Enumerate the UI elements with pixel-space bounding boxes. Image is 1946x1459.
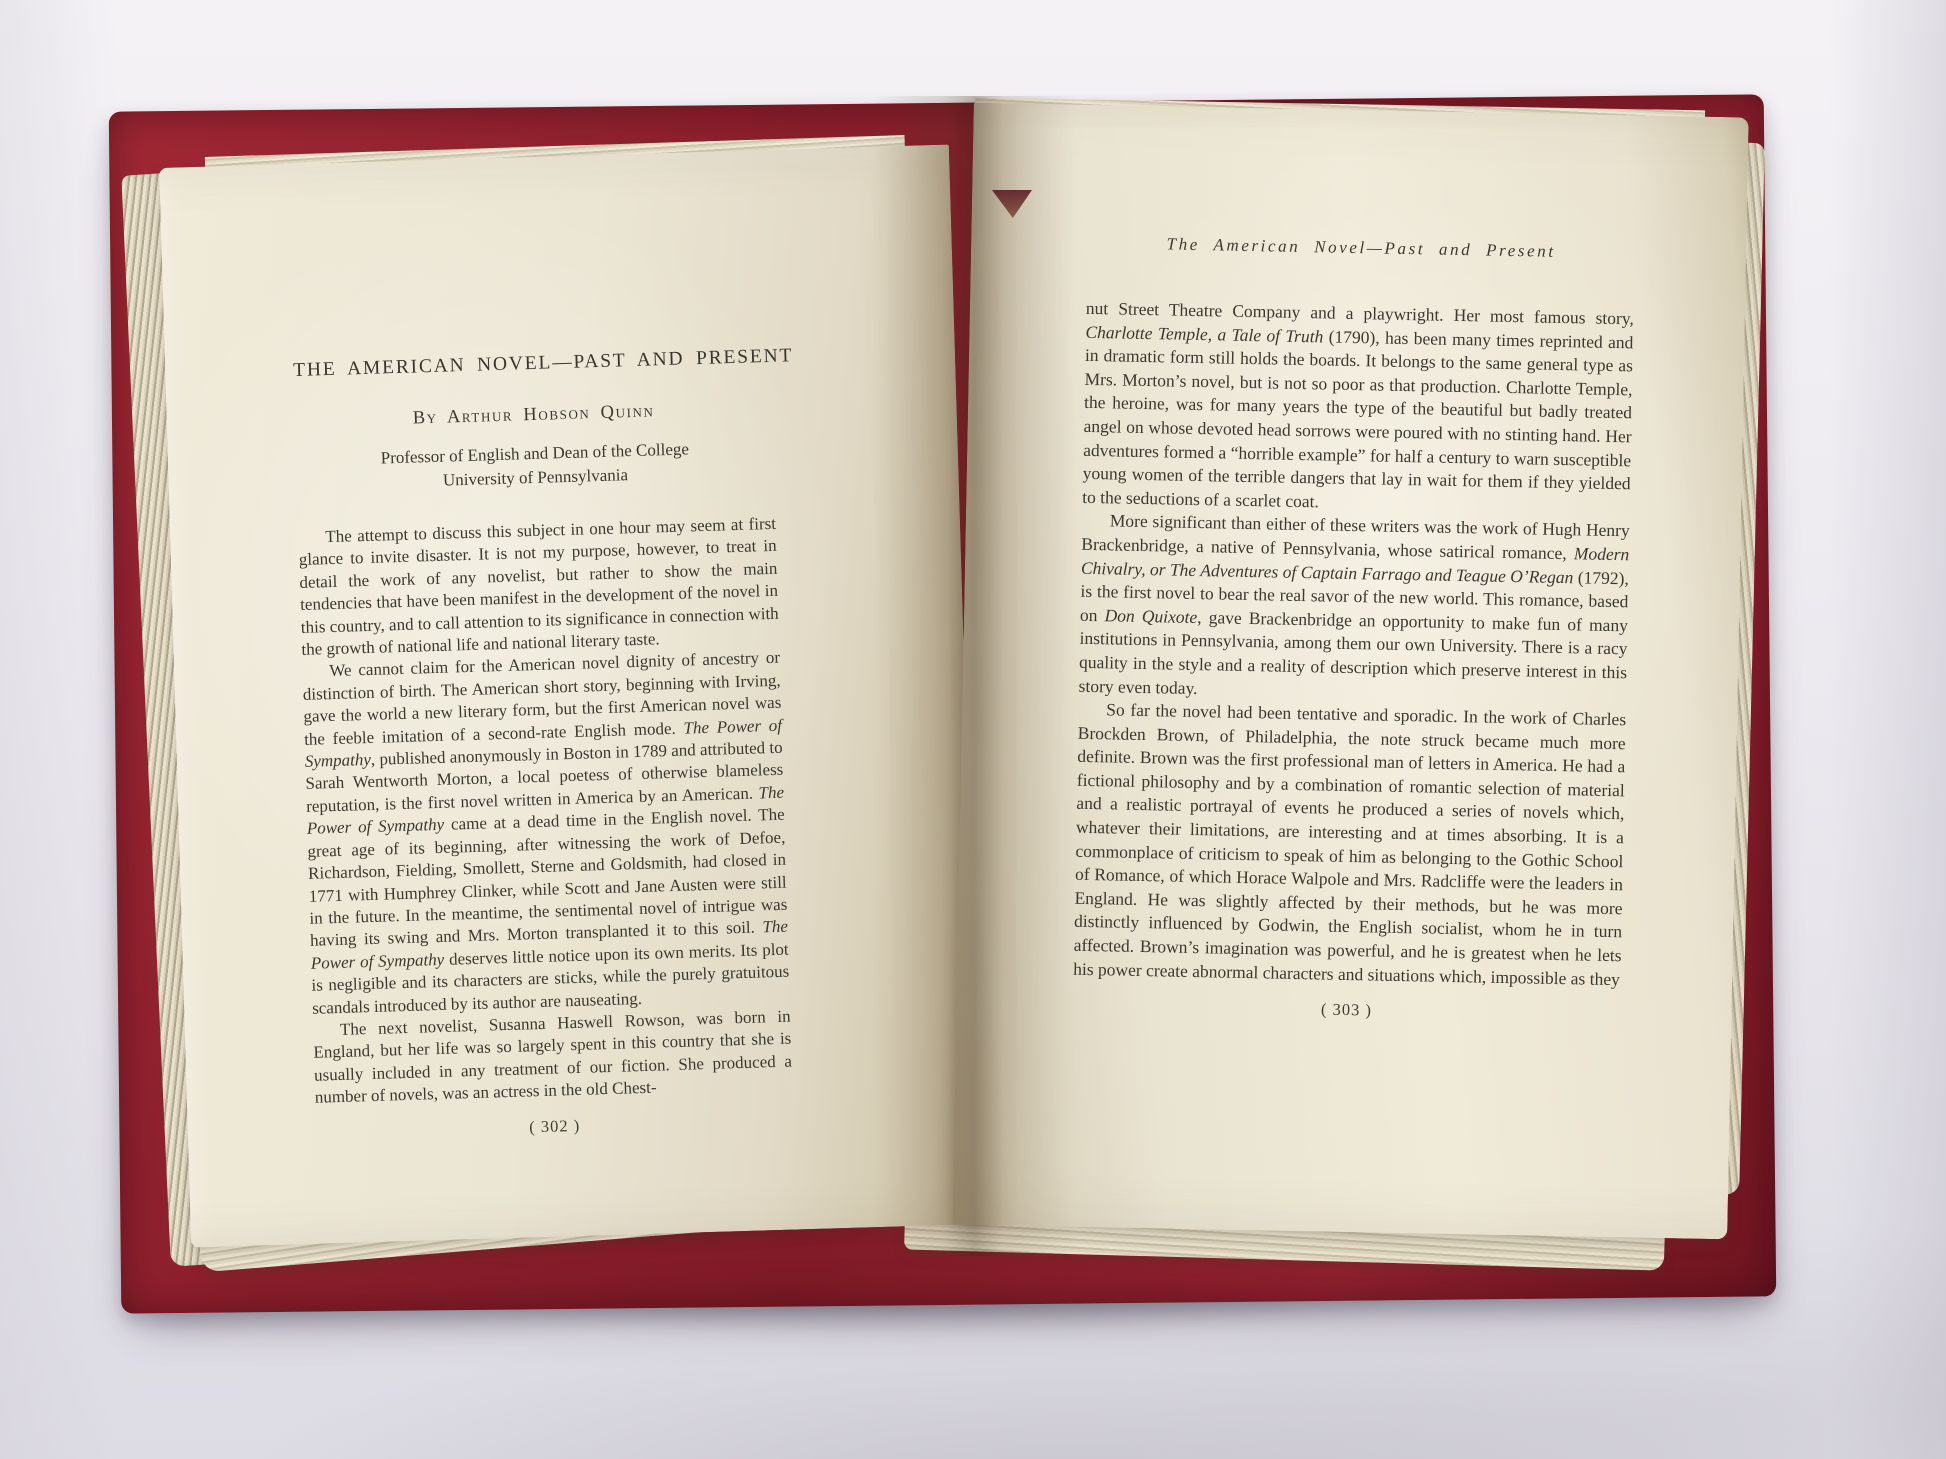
paragraph: More significant than either of these wr… [1078, 509, 1630, 708]
left-page-content: THE AMERICAN NOVEL—PAST AND PRESENT By A… [293, 346, 794, 1143]
paragraph: We cannot claim for the American novel d… [302, 647, 790, 1020]
paragraph: The next novelist, Susanna Haswell Rowso… [312, 1006, 792, 1110]
right-page-content: The American Novel—Past and Present nut … [1072, 233, 1635, 1026]
left-page-paragraphs: The attempt to discuss this subject in o… [298, 513, 793, 1109]
byline: By Arthur Hobson Quinn [294, 398, 772, 433]
right-page: The American Novel—Past and Present nut … [952, 103, 1748, 1240]
paragraph: The attempt to discuss this subject in o… [298, 513, 780, 662]
photo-background: THE AMERICAN NOVEL—PAST AND PRESENT By A… [0, 0, 1946, 1459]
paragraph: So far the novel had been tentative and … [1073, 698, 1626, 992]
article-title: THE AMERICAN NOVEL—PAST AND PRESENT [293, 346, 771, 382]
right-page-paragraphs: nut Street Theatre Company and a playwri… [1073, 297, 1634, 992]
running-head: The American Novel—Past and Present [1087, 233, 1635, 264]
affiliation: Professor of English and Dean of the Col… [296, 435, 775, 497]
paragraph: nut Street Theatre Company and a playwri… [1082, 297, 1634, 520]
page-number-right: ( 303 ) [1072, 995, 1620, 1026]
page-number-left: ( 302 ) [316, 1109, 794, 1143]
book: THE AMERICAN NOVEL—PAST AND PRESENT By A… [0, 0, 1946, 1459]
left-page: THE AMERICAN NOVEL—PAST AND PRESENT By A… [159, 145, 981, 1248]
